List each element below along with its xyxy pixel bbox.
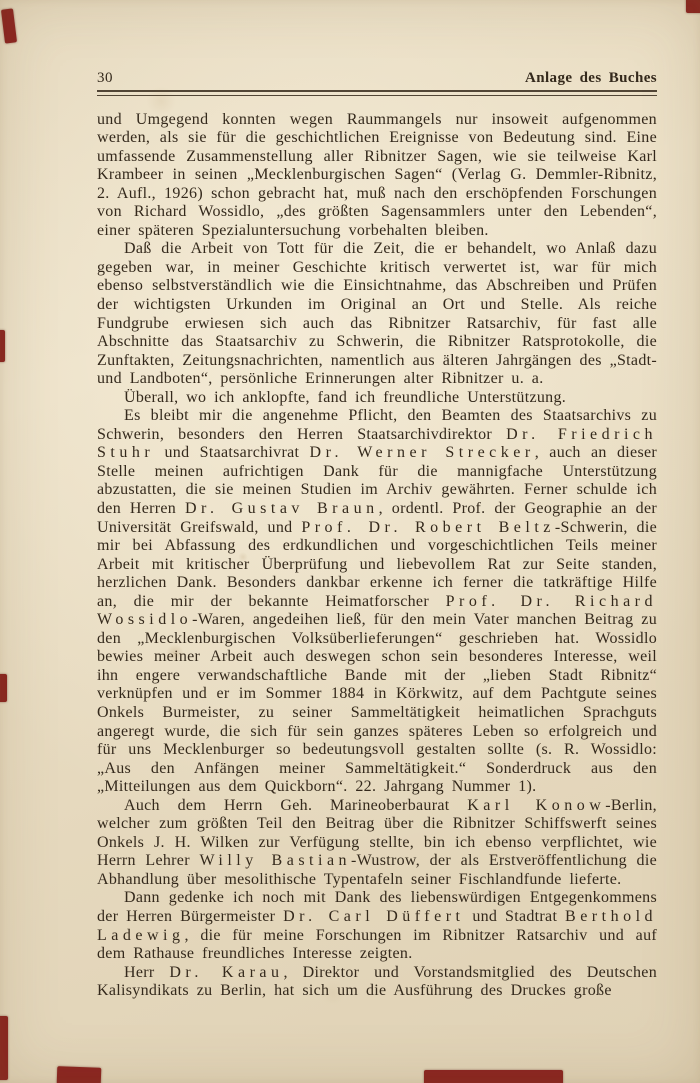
book-cover-edge-mark xyxy=(424,1070,563,1083)
book-cover-edge-mark xyxy=(0,674,7,702)
text-segment: und Staatsarchivrat xyxy=(154,444,309,461)
page-content: 30 Anlage des Buches und Umgegend konnte… xyxy=(97,0,657,1001)
page-number: 30 xyxy=(97,69,113,88)
book-cover-edge-mark xyxy=(0,1016,8,1080)
book-cover-edge-mark xyxy=(0,330,5,362)
person-name-letterspaced: Dr. Werner Strecker xyxy=(310,444,535,461)
book-cover-edge-mark xyxy=(1,8,17,43)
paragraph: Daß die Arbeit von Tott für die Zeit, di… xyxy=(97,240,657,388)
paragraph: Herr Dr. Karau, Direktor und Vorstandsmi… xyxy=(97,964,657,1001)
paragraph: Auch dem Herrn Geh. Marineoberbaurat Kar… xyxy=(97,797,657,890)
paragraph: Überall, wo ich anklopfte, fand ich freu… xyxy=(97,389,657,408)
text-segment: und Umgegend konnten wegen Raummangels n… xyxy=(97,111,657,239)
text-segment: Herr xyxy=(124,964,169,981)
scanned-book-page: 30 Anlage des Buches und Umgegend konnte… xyxy=(0,0,700,1083)
book-cover-edge-mark xyxy=(686,0,700,13)
person-name-letterspaced: Dr. Carl Düffert xyxy=(283,908,464,925)
text-segment: Auch dem Herrn Geh. Marineoberbaurat xyxy=(124,797,467,814)
header-rule xyxy=(97,90,657,96)
person-name-letterspaced: Willy Bastian xyxy=(199,852,351,869)
paragraph: Dann gedenke ich noch mit Dank des liebe… xyxy=(97,889,657,963)
page-header: 30 Anlage des Buches xyxy=(97,0,657,88)
text-segment: Überall, wo ich anklopfte, fand ich freu… xyxy=(124,389,566,406)
text-segment: Daß die Arbeit von Tott für die Zeit, di… xyxy=(97,240,657,387)
book-cover-edge-mark xyxy=(57,1066,102,1083)
person-name-letterspaced: Dr. Karau xyxy=(169,964,283,981)
paragraph: Es bleibt mir die angenehme Pflicht, den… xyxy=(97,407,657,796)
person-name-letterspaced: Dr. Gustav Braun xyxy=(185,500,379,517)
text-segment: und Stadtrat xyxy=(465,908,566,925)
person-name-letterspaced: Prof. Dr. Robert Beltz xyxy=(301,519,555,536)
text-segment: -Waren, angedeihen ließ, für den mein Va… xyxy=(97,611,657,795)
person-name-letterspaced: Karl Konow xyxy=(467,797,605,814)
paragraph: und Umgegend konnten wegen Raummangels n… xyxy=(97,111,657,241)
running-header: Anlage des Buches xyxy=(525,69,657,88)
page-body: und Umgegend konnten wegen Raummangels n… xyxy=(97,111,657,1001)
